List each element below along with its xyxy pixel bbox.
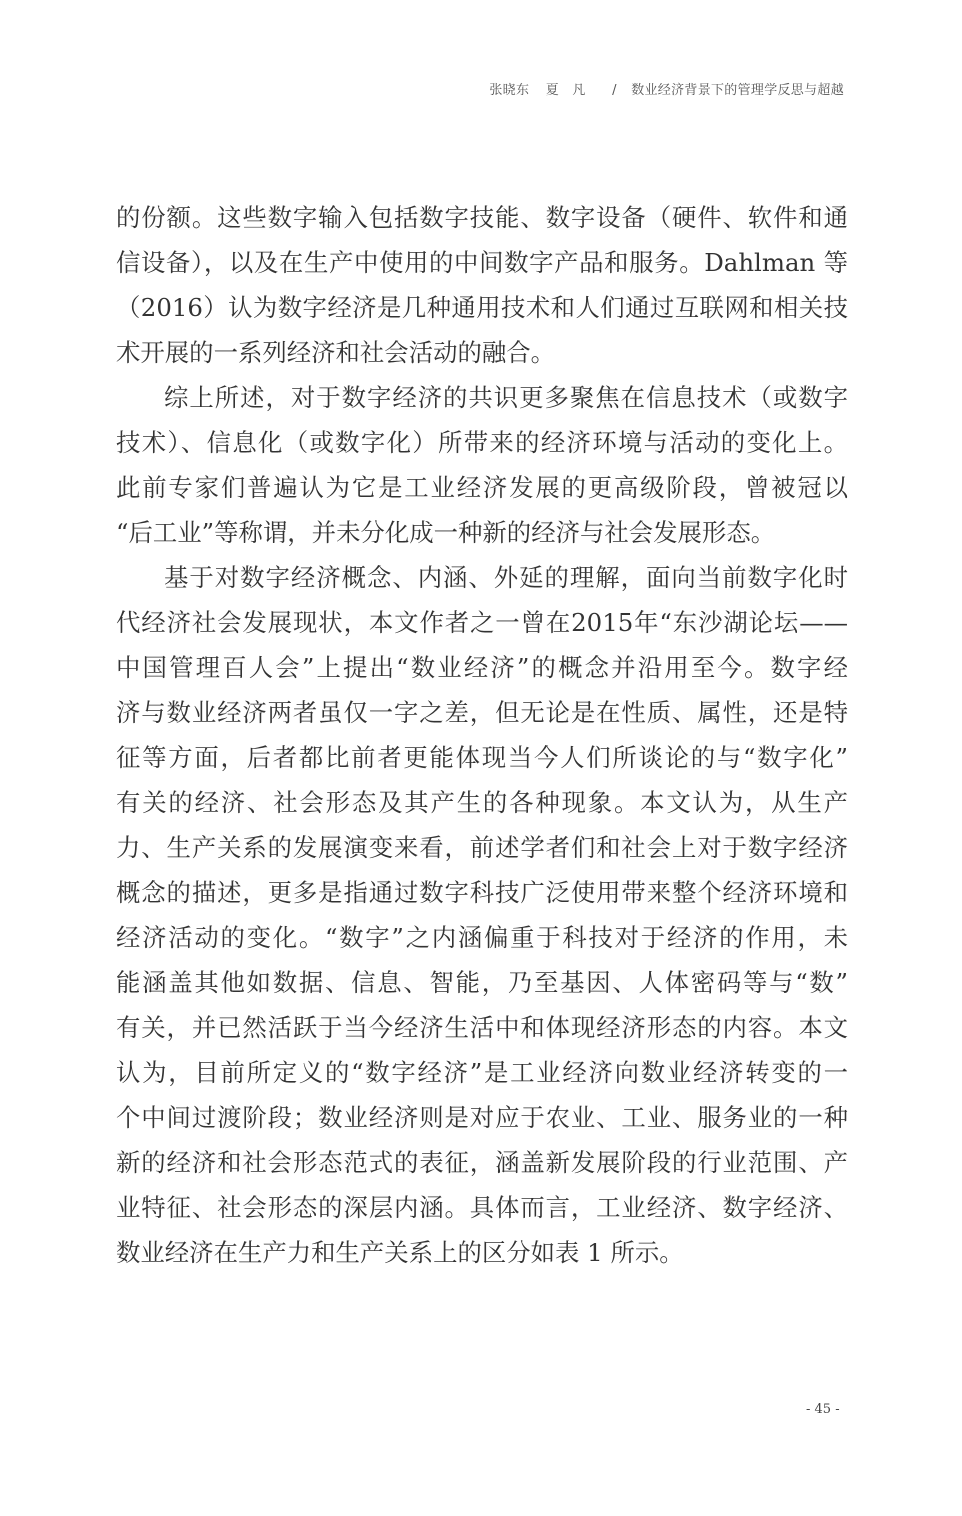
text-line: 术开展的一系列经济和社会活动的融合。 xyxy=(116,330,848,376)
text-line: 新的经济和社会形态范式的表征，涵盖新发展阶段的行业范围、产 xyxy=(116,1140,848,1186)
header-separator: / xyxy=(612,83,617,98)
text-line: 基于对数字经济概念、内涵、外延的理解，面向当前数字化时 xyxy=(164,555,848,601)
text-line: 数业经济在生产力和生产关系上的区分如表 1 所示。 xyxy=(116,1230,848,1276)
running-header: 张晓东 夏 凡 / 数业经济背景下的管理学反思与超越 xyxy=(489,79,844,98)
text-line: “后工业”等称谓，并未分化成一种新的经济与社会发展形态。 xyxy=(116,510,848,556)
text-line: 代经济社会发展现状，本文作者之一曾在2015年“东沙湖论坛—— xyxy=(116,600,848,646)
text-line: 信设备），以及在生产中使用的中间数字产品和服务。Dahlman 等 xyxy=(116,240,848,286)
text-line: 有关，并已然活跃于当今经济生活中和体现经济形态的内容。本文 xyxy=(116,1005,848,1051)
author-name: 夏 凡 xyxy=(546,83,586,98)
text-line: 认为，目前所定义的“数字经济”是工业经济向数业经济转变的一 xyxy=(116,1050,848,1096)
text-line: （2016）认为数字经济是几种通用技术和人们通过互联网和相关技 xyxy=(116,285,848,331)
text-line: 力、生产关系的发展演变来看，前述学者们和社会上对于数字经济 xyxy=(116,825,848,871)
text-line: 概念的描述，更多是指通过数字科技广泛使用带来整个经济环境和 xyxy=(116,870,848,916)
page-number: - 45 - xyxy=(806,1402,840,1417)
text-line: 能涵盖其他如数据、信息、智能，乃至基因、人体密码等与“数” xyxy=(116,960,848,1006)
text-line: 此前专家们普遍认为它是工业经济发展的更高级阶段，曾被冠以 xyxy=(116,465,848,511)
text-line: 综上所述，对于数字经济的共识更多聚焦在信息技术（或数字 xyxy=(164,375,848,421)
text-line: 的份额。这些数字输入包括数字技能、数字设备（硬件、软件和通 xyxy=(116,195,848,241)
author-name: 张晓东 xyxy=(489,83,529,98)
text-line: 济与数业经济两者虽仅一字之差，但无论是在性质、属性，还是特 xyxy=(116,690,848,736)
text-line: 中国管理百人会”上提出“数业经济”的概念并沿用至今。数字经 xyxy=(116,645,848,691)
article-title: 数业经济背景下的管理学反思与超越 xyxy=(631,83,844,98)
text-line: 经济活动的变化。“数字”之内涵偏重于科技对于经济的作用，未 xyxy=(116,915,848,961)
text-line: 有关的经济、社会形态及其产生的各种现象。本文认为，从生产 xyxy=(116,780,848,826)
text-line: 个中间过渡阶段；数业经济则是对应于农业、工业、服务业的一种 xyxy=(116,1095,848,1141)
text-line: 征等方面，后者都比前者更能体现当今人们所谈论的与“数字化” xyxy=(116,735,848,781)
text-line: 业特征、社会形态的深层内涵。具体而言，工业经济、数字经济、 xyxy=(116,1185,848,1231)
text-line: 技术）、信息化（或数字化）所带来的经济环境与活动的变化上。 xyxy=(116,420,848,466)
